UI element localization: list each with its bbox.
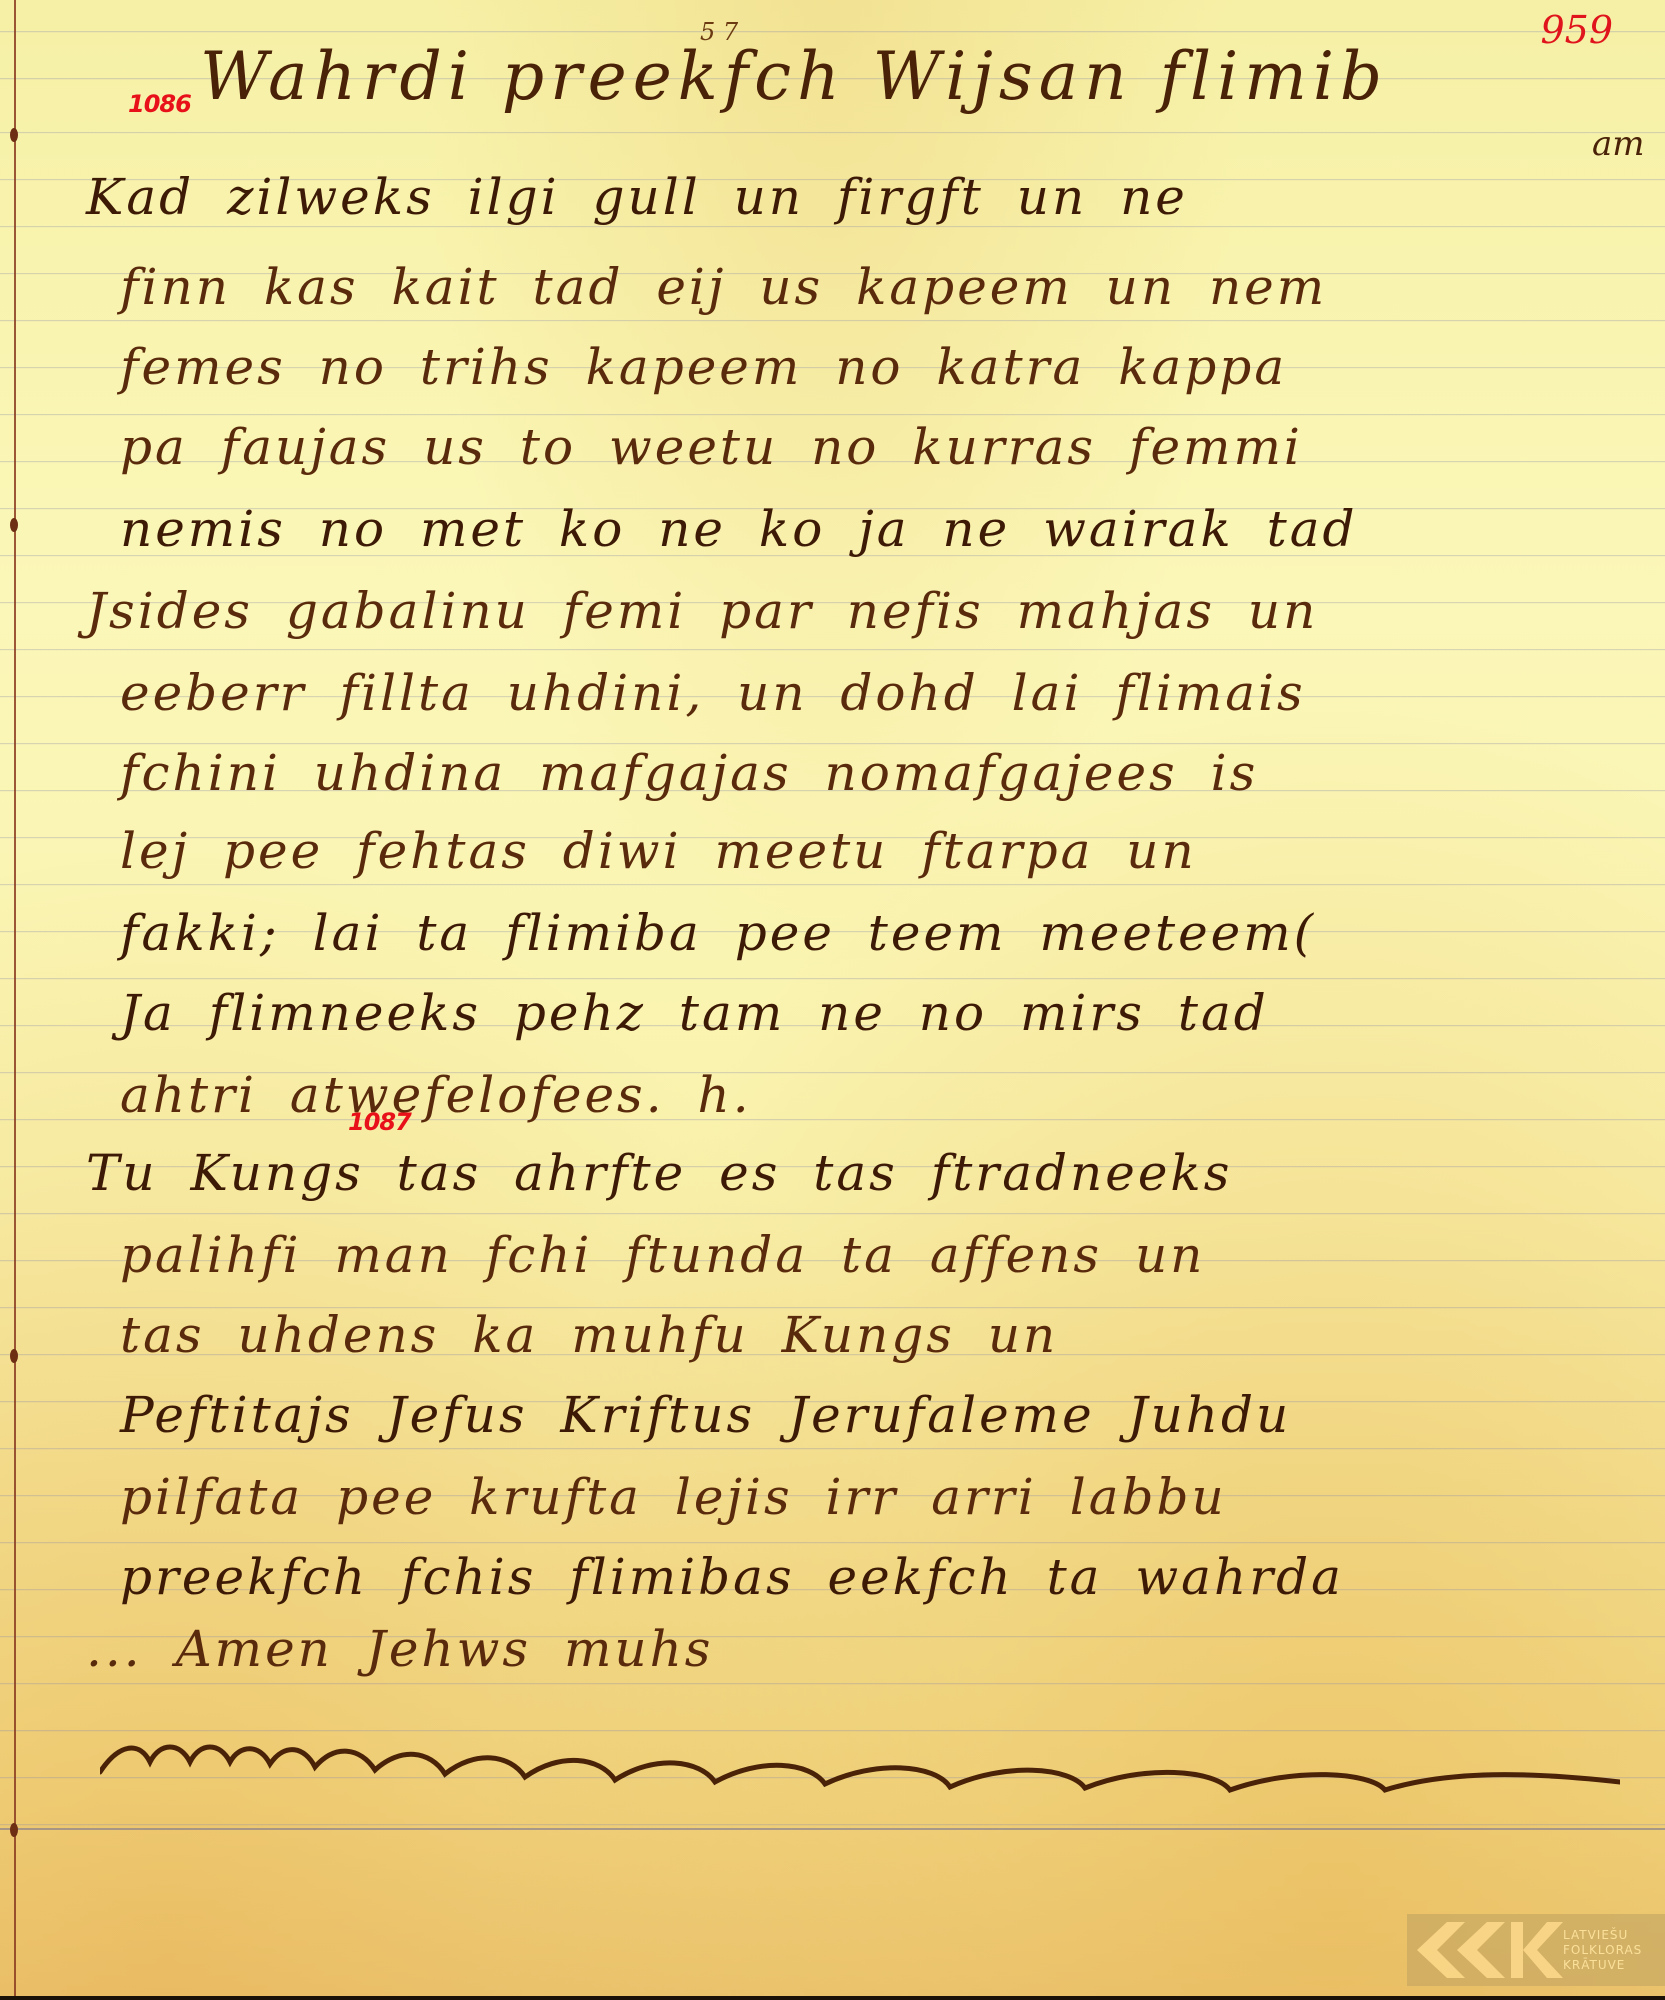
watermark-line: LATVIEŠU [1563, 1928, 1642, 1943]
page-number: 959 [1540, 8, 1613, 52]
text-line: pilfata pee krufta lejis irr arri labbu [120, 1468, 1227, 1526]
entry-number-1087: 1087 [348, 1108, 411, 1136]
text-line: Tu Kungs tas ahrfte es tas ftradneeks [86, 1144, 1232, 1202]
text-line: Peftitajs Jefus Kriftus Jerufaleme Juhdu [120, 1386, 1291, 1444]
lfk-logo-icon [1407, 1914, 1567, 1986]
text-line: Kad zilweks ilgi gull un firgft un ne [86, 168, 1188, 226]
text-line: finn kas kait tad eij us kapeem un nem [120, 258, 1327, 316]
text-line: ahtri atwefelofees. h. [120, 1066, 752, 1124]
archive-watermark: LATVIEŠU FOLKLORAS KRĀTUVE [1407, 1914, 1665, 1986]
title-correction: am [1592, 124, 1645, 164]
entry-title: Wahrdi preekfch Wijsan flimib [200, 38, 1388, 115]
margin-mark [10, 518, 18, 532]
text-line: ... Amen Jehws muhs [86, 1620, 713, 1678]
watermark-line: KRĀTUVE [1563, 1958, 1642, 1973]
text-line: Jsides gabalinu femi par nefis mahjas un [86, 582, 1318, 640]
bottom-rule [0, 1828, 1665, 1830]
text-line: tas uhdens ka muhfu Kungs un [120, 1306, 1058, 1364]
text-line: nemis no met ko ne ko ja ne wairak tad [120, 500, 1358, 558]
watermark-line: FOLKLORAS [1563, 1943, 1642, 1958]
text-line: eeberr fillta uhdini, un dohd lai flimai… [120, 664, 1306, 722]
text-line: Ja flimneeks pehz tam ne no mirs tad [120, 984, 1269, 1042]
text-line: preekfch fchis flimibas eekfch ta wahrda [120, 1548, 1344, 1606]
text-line: fchini uhdina mafgajas nomafgajees is [120, 744, 1258, 802]
manuscript-page: 959 1086 5 7 Wahrdi preekfch Wijsan flim… [0, 0, 1665, 2000]
left-margin-line [14, 0, 16, 2000]
text-line: pa faujas us to weetu no kurras femmi [120, 418, 1303, 476]
margin-mark [10, 1823, 18, 1837]
text-line: femes no trihs kapeem no katra kappa [120, 338, 1287, 396]
scan-edge [0, 1996, 1665, 2000]
text-line: fakki; lai ta flimiba pee teem meeteem( [120, 904, 1316, 962]
entry-number-1086: 1086 [128, 90, 191, 118]
margin-mark [10, 1349, 18, 1363]
margin-mark [10, 128, 18, 142]
text-line: palihfi man fchi ftunda ta affens un [120, 1226, 1205, 1284]
end-flourish-icon [100, 1722, 1620, 1802]
text-line: lej pee fehtas diwi meetu ftarpa un [120, 822, 1197, 880]
